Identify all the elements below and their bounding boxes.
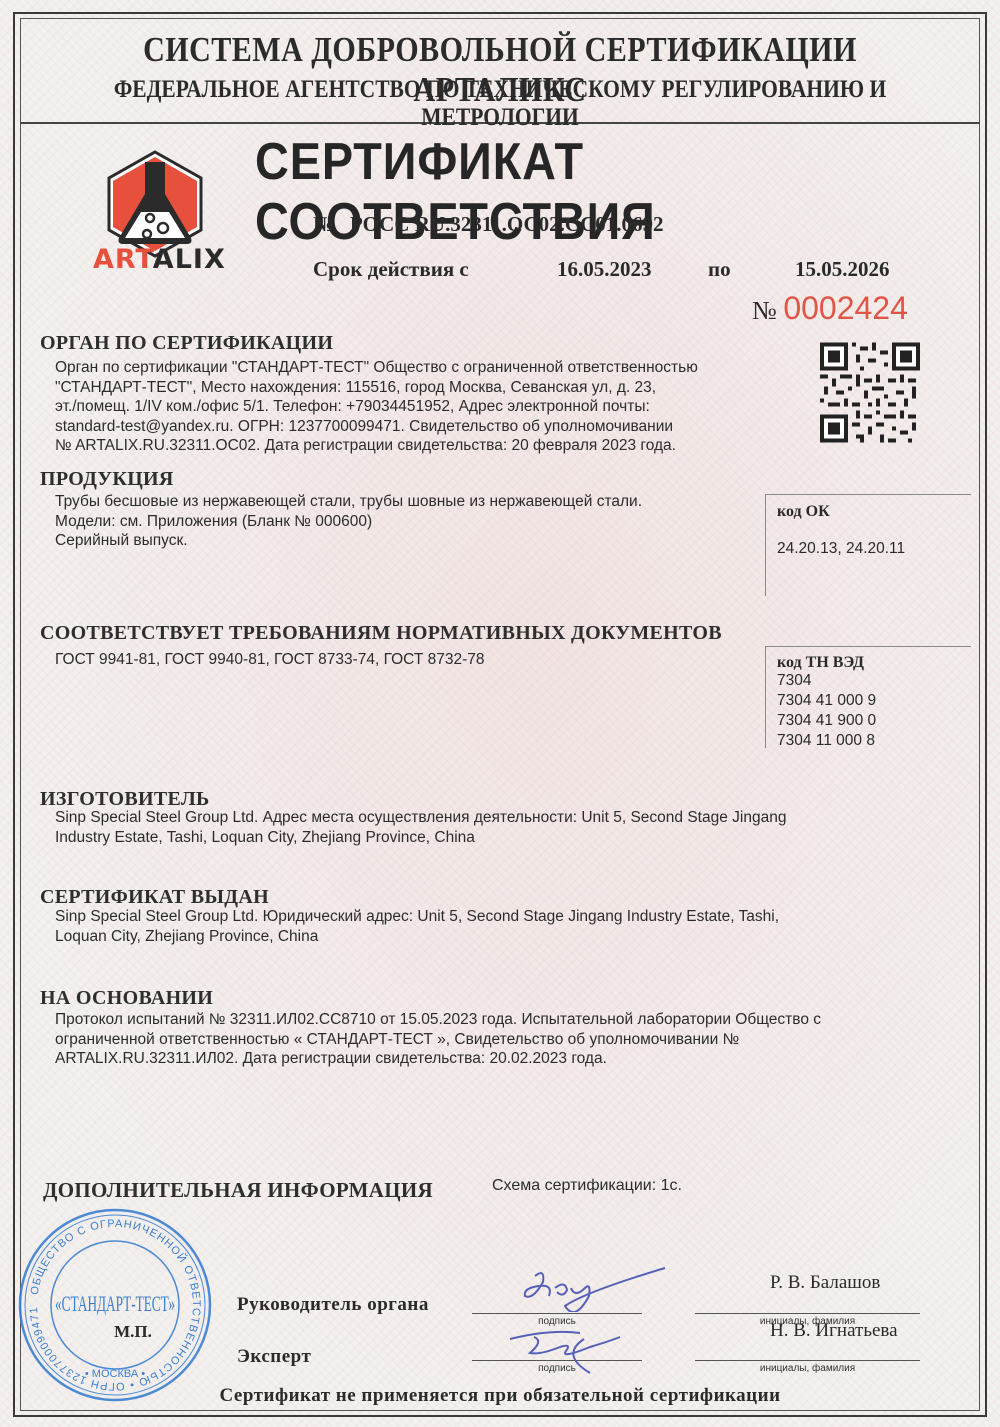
- text-line: эт./помещ. 1/IV ком./офис 5/1. Телефон: …: [55, 397, 698, 417]
- basis-title: НА ОСНОВАНИИ: [40, 987, 213, 1010]
- basis-text: Протокол испытаний № 32311.ИЛ02.СС8710 о…: [55, 1010, 821, 1069]
- valid-from: 16.05.2023: [557, 257, 652, 282]
- ok-code-label: код ОК: [777, 503, 971, 521]
- product-title: ПРОДУКЦИЯ: [40, 468, 174, 491]
- manufacturer-text: Sinp Special Steel Group Ltd. Адрес мест…: [55, 808, 786, 847]
- standards-list: ГОСТ 9941-81, ГОСТ 9940-81, ГОСТ 8733-74…: [55, 650, 485, 670]
- valid-to: 15.05.2026: [795, 257, 890, 282]
- validity-to-label: по: [708, 257, 731, 282]
- ok-code-box: код ОК 24.20.13, 24.20.11: [765, 494, 971, 596]
- head-signature: [505, 1262, 685, 1312]
- tnved-code: 7304 11 000 8: [777, 731, 971, 751]
- certificate-number-value: РОСС RU.32311.ОС02.СС01.0692: [350, 212, 664, 236]
- blank-number-sign: №: [752, 296, 777, 325]
- logo-part-art: ART: [93, 244, 153, 275]
- name-caption: инициалы, фамилия: [695, 1363, 920, 1374]
- blank-number: № 0002424: [752, 290, 908, 327]
- company-seal-stamp: ОБЩЕСТВО С ОГРАНИЧЕННОЙ ОТВЕТСТВЕННОСТЬЮ…: [15, 1205, 215, 1410]
- certificate-number: № РОСС RU.32311.ОС02.СС01.0692: [313, 212, 664, 237]
- text-line: Sinp Special Steel Group Ltd. Юридически…: [55, 907, 779, 927]
- conformity-title: СООТВЕТСТВУЕТ ТРЕБОВАНИЯМ НОРМАТИВНЫХ ДО…: [40, 622, 722, 645]
- agency-title: ФЕДЕРАЛЬНОЕ АГЕНТСТВО ПО ТЕХНИЧЕСКОМУ РЕ…: [87, 76, 913, 132]
- expert-name-line: [695, 1360, 920, 1361]
- validity-label: Срок действия с: [313, 257, 469, 282]
- qr-code-icon[interactable]: [820, 340, 920, 445]
- head-of-body-label: Руководитель органа: [237, 1294, 429, 1316]
- footer-note: Сертификат не применяется при обязательн…: [20, 1385, 980, 1407]
- text-line: Протокол испытаний № 32311.ИЛ02.СС8710 о…: [55, 1010, 821, 1030]
- tnved-code: 7304 41 000 9: [777, 691, 971, 711]
- text-line: Серийный выпуск.: [55, 531, 642, 551]
- text-line: Трубы бесшовые из нержавеющей стали, тру…: [55, 492, 642, 512]
- text-line: Модели: см. Приложения (Бланк № 000600): [55, 512, 642, 532]
- text-line: Орган по сертификации "СТАНДАРТ-ТЕСТ" Об…: [55, 358, 698, 378]
- tnved-label: код ТН ВЭД: [777, 655, 971, 671]
- product-text: Трубы бесшовые из нержавеющей стали, тру…: [55, 492, 642, 551]
- tnved-code-box: код ТН ВЭД 7304 7304 41 000 9 7304 41 90…: [765, 646, 971, 748]
- certification-scheme: Схема сертификации: 1с.: [492, 1176, 682, 1196]
- text-line: Sinp Special Steel Group Ltd. Адрес мест…: [55, 808, 786, 828]
- logo-part-alix: ALIX: [153, 244, 226, 275]
- stamp-mp: М.П.: [114, 1322, 152, 1341]
- text-line: Industry Estate, Tashi, Loquan City, Zhe…: [55, 828, 786, 848]
- certification-body-title: ОРГАН ПО СЕРТИФИКАЦИИ: [40, 332, 333, 355]
- additional-info-title: ДОПОЛНИТЕЛЬНАЯ ИНФОРМАЦИЯ: [43, 1178, 433, 1203]
- ok-code-value: 24.20.13, 24.20.11: [777, 539, 971, 559]
- text-line: № ARTALIX.RU.32311.ОС02. Дата регистраци…: [55, 436, 698, 456]
- issued-to-title: СЕРТИФИКАТ ВЫДАН: [40, 886, 269, 909]
- expert-signature: [500, 1325, 680, 1375]
- text-line: ограниченной ответственностью « СТАНДАРТ…: [55, 1030, 821, 1050]
- text-line: Loquan City, Zhejiang Province, China: [55, 927, 779, 947]
- tnved-code: 7304 41 900 0: [777, 711, 971, 731]
- text-line: "СТАНДАРТ-ТЕСТ", Место нахождения: 11551…: [55, 378, 698, 398]
- tnved-code: 7304: [777, 671, 971, 691]
- head-name: Р. В. Балашов: [770, 1272, 880, 1294]
- expert-label: Эксперт: [237, 1346, 311, 1368]
- text-line: ARTALIX.RU.32311.ИЛ02. Дата регистрации …: [55, 1049, 821, 1069]
- logo-wordmark: ARTALIX: [93, 244, 226, 275]
- stamp-center-text: «СТАНДАРТ-ТЕСТ»: [55, 1291, 175, 1316]
- stamp-city: • МОСКВА •: [85, 1368, 145, 1380]
- head-name-line: [695, 1313, 920, 1314]
- expert-name: Н. В. Игнатьева: [770, 1320, 898, 1342]
- certification-body-text: Орган по сертификации "СТАНДАРТ-ТЕСТ" Об…: [55, 358, 698, 456]
- number-sign: №: [313, 212, 334, 236]
- blank-number-value: 0002424: [783, 290, 908, 326]
- issued-to-text: Sinp Special Steel Group Ltd. Юридически…: [55, 907, 779, 946]
- text-line: standard-test@yandex.ru. ОГРН: 123770009…: [55, 417, 698, 437]
- head-signature-line: [472, 1313, 642, 1314]
